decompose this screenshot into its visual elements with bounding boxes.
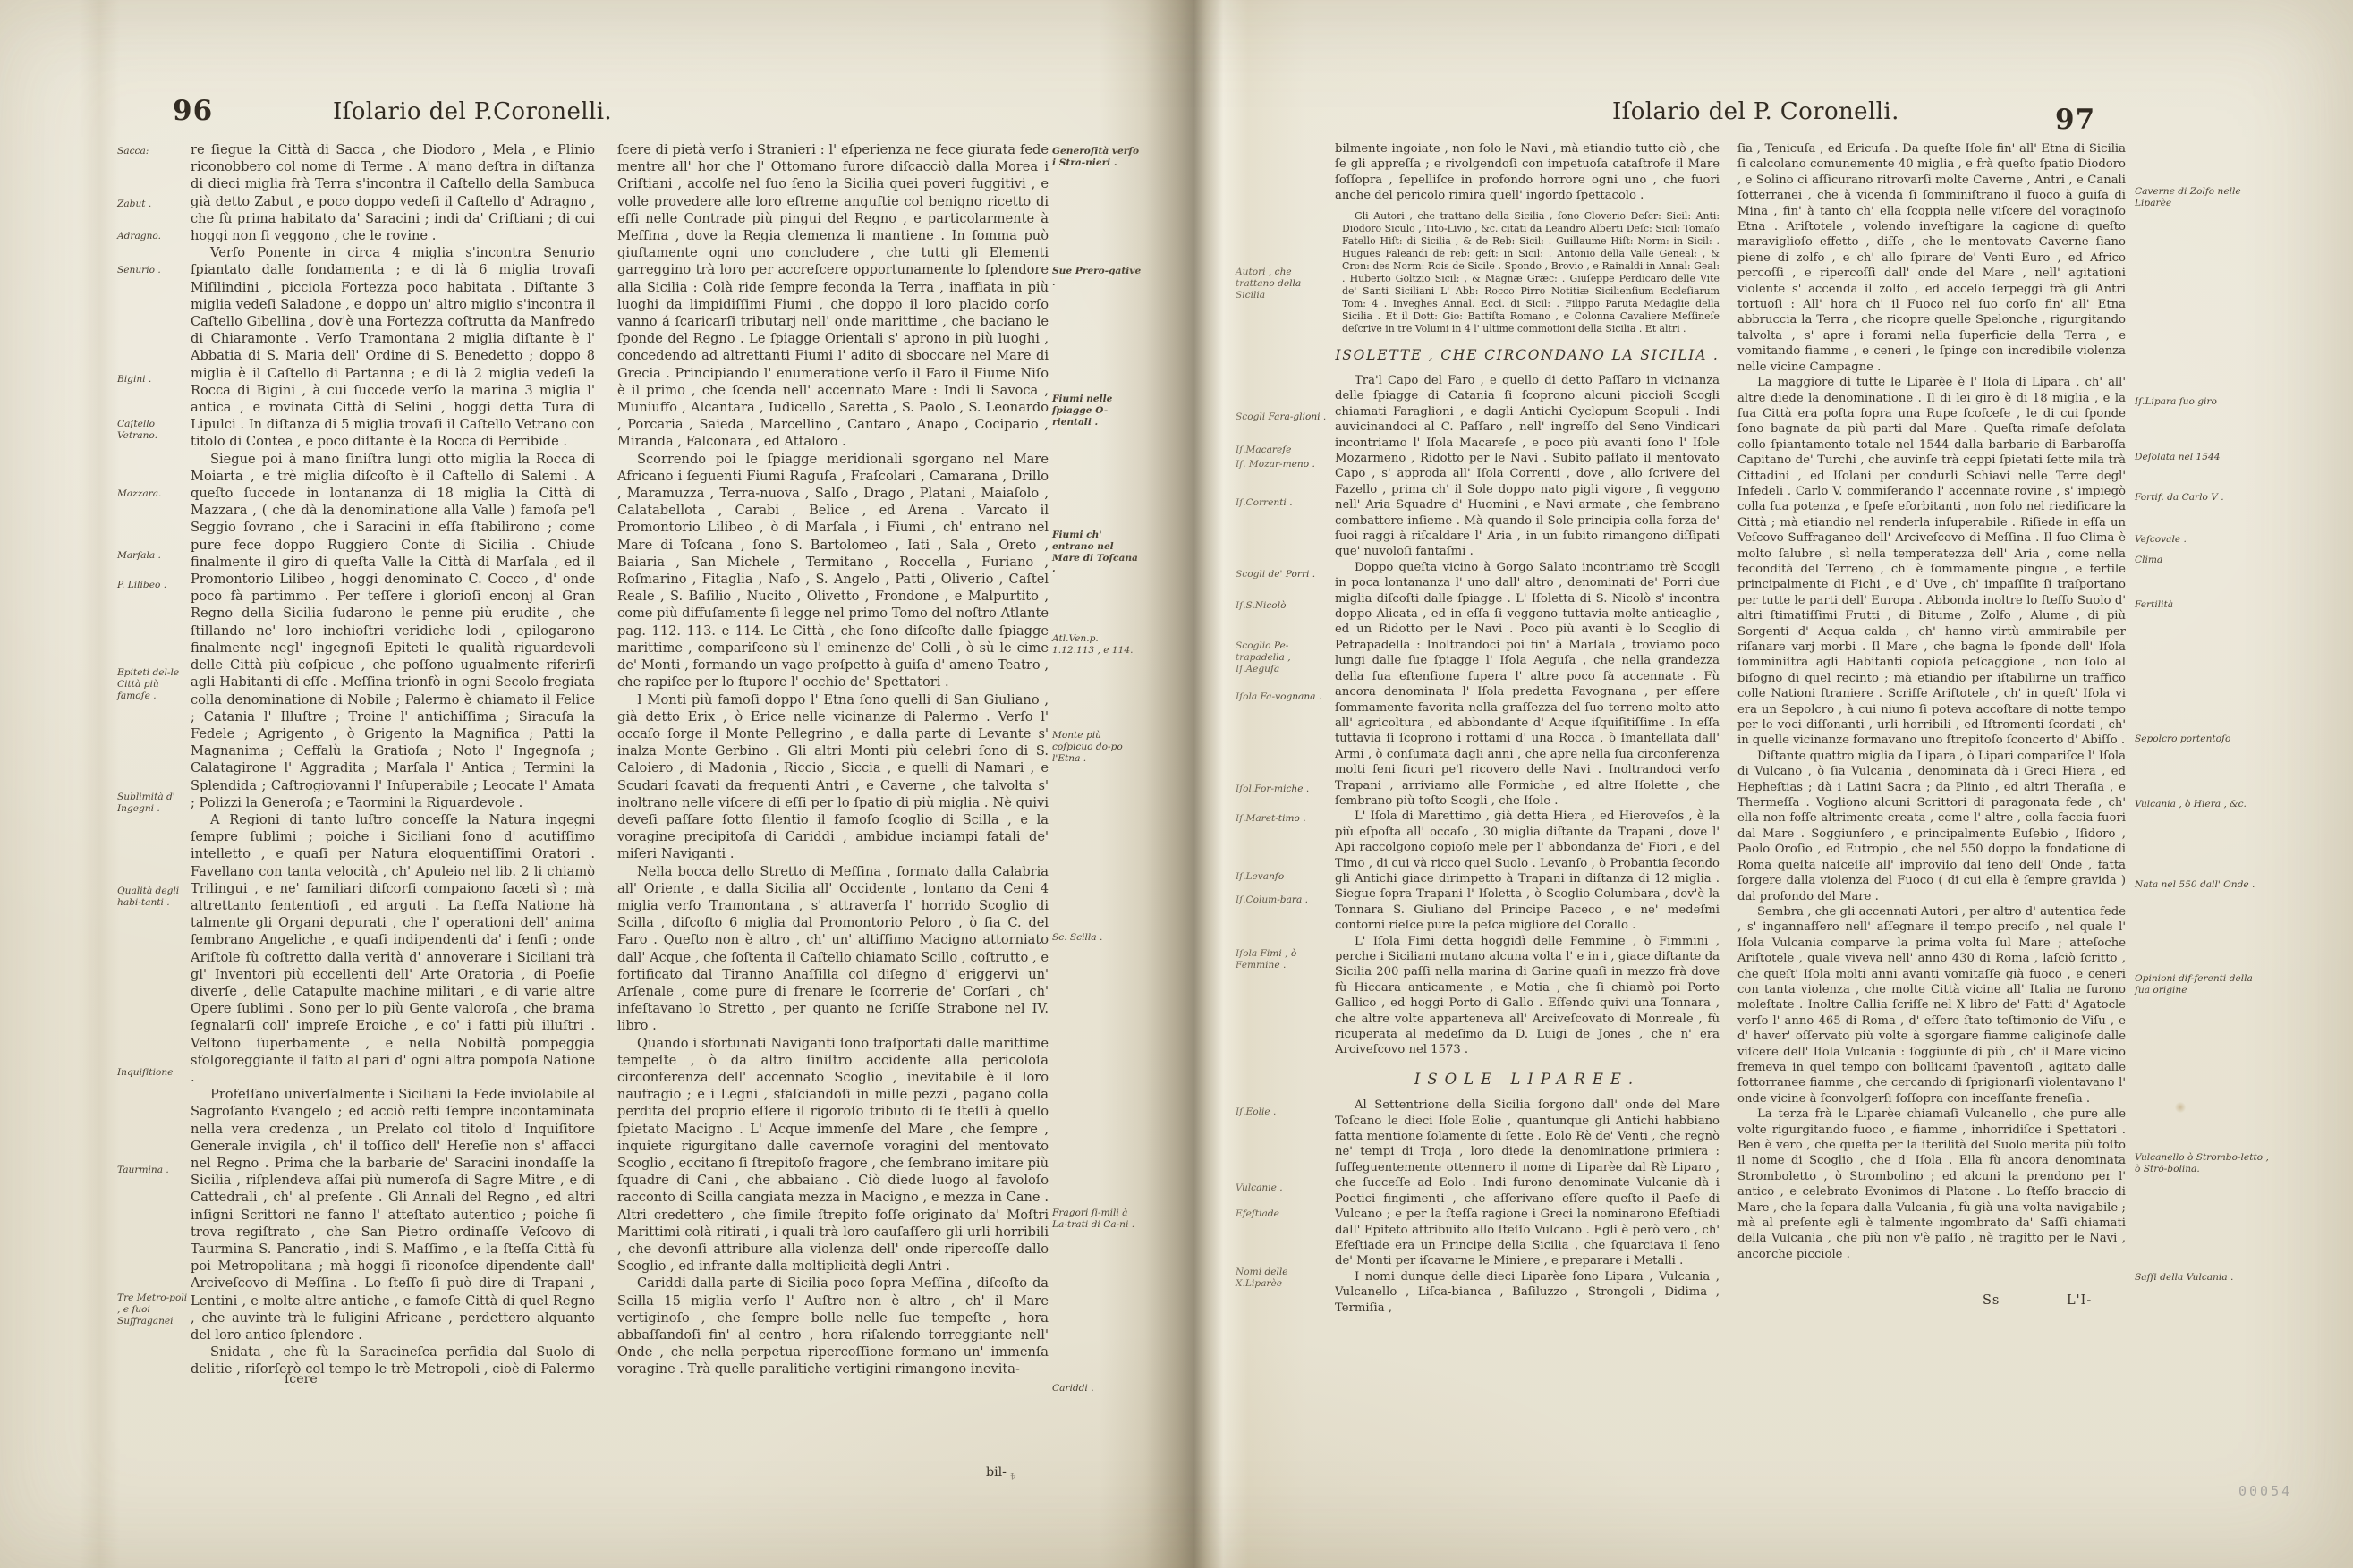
margin-note: Taurmina .: [117, 1165, 189, 1176]
paragraph: La maggiore di tutte le Liparèe è l' Iſo…: [1737, 375, 2126, 749]
paragraph: A Regioni di tanto luſtro conceſſe la Na…: [191, 811, 595, 1086]
margin-note: Sacca:: [117, 146, 189, 157]
right-page-column-1: bilmente ingoiate , non ſolo le Navi , m…: [1335, 141, 1720, 1320]
press-figure: 4: [1010, 1471, 1015, 1480]
margin-note: Adragno.: [117, 231, 189, 242]
margin-note: Atl.Ven.p. 1.12.113 , e 114.: [1052, 633, 1142, 657]
margin-note: Monte più coſpicuo do-po l'Etna .: [1052, 730, 1142, 764]
paragraph: ISOLETTE , CHE CIRCONDANO LA SICILIA .: [1335, 348, 1720, 363]
margin-note: Fortif. da Carlo V .: [2135, 492, 2271, 504]
paragraph: L' Iſola Fimi detta hoggidì delle Femmin…: [1335, 934, 1720, 1058]
page-gutter: [1099, 0, 1306, 1568]
margin-note: Iſ.Lipara ſuo giro: [2135, 396, 2271, 408]
margin-note: Scogli de' Porri .: [1236, 569, 1329, 581]
margin-note: Iſ.Colum-bara .: [1236, 894, 1329, 906]
margin-note: Mazzara.: [117, 488, 189, 500]
inventory-stamp: 00054: [2238, 1483, 2292, 1499]
paragraph: Verſo Ponente in circa 4 miglia s'incont…: [191, 244, 595, 450]
paragraph: Profeſſano univerſalmente i Siciliani la…: [191, 1086, 595, 1343]
margin-note: Epiteti del-le Città più famoſe .: [117, 667, 189, 701]
margin-note: Autori , che trattano della Sicilia: [1236, 267, 1329, 301]
book-spread: 96 Iſolario del P.Coronelli. Iſolario de…: [0, 0, 2353, 1568]
margin-note: Fertilità: [2135, 599, 2271, 611]
margin-note: Iſol.For-miche .: [1236, 784, 1329, 795]
paragraph: re ſiegue la Città di Sacca , che Diodor…: [191, 141, 595, 244]
margin-note: Efeſtiade: [1236, 1208, 1329, 1220]
margin-note: Marſala .: [117, 550, 189, 562]
margin-note: Fragori ſi-mili à La-trati di Ca-ni .: [1052, 1208, 1142, 1231]
margin-note: Deſolata nel 1544: [2135, 452, 2271, 463]
running-title-left: Iſolario del P.Coronelli.: [333, 98, 612, 125]
margin-note: Inquiſitione: [117, 1067, 189, 1079]
paragraph: L' Iſola di Marettimo , già detta Hiera …: [1335, 809, 1720, 933]
margin-note: Zabut .: [117, 199, 189, 210]
paragraph: Siegue poi à mano ſiniſtra lungi otto mi…: [191, 451, 595, 811]
margin-note: Fiumi nelle ſpiagge O-rientali .: [1052, 394, 1142, 428]
catchword-right-page: L'I-: [2067, 1293, 2092, 1308]
margin-note: Opinioni dif-ferenti della ſua origine: [2135, 973, 2271, 996]
margin-note: Senurio .: [117, 265, 189, 276]
paragraph: Al Settentrione della Sicilia ſorgono da…: [1335, 1098, 1720, 1268]
folio-number-left: 96: [173, 95, 213, 127]
margin-note: Bigini .: [117, 374, 189, 386]
margin-note: Iſ.Eolie .: [1236, 1106, 1329, 1118]
margin-note: Fiumi ch' entrano nel Mare di Toſcana .: [1052, 530, 1142, 575]
margin-note: Saſſi della Vulcania .: [2135, 1272, 2271, 1284]
paragraph: I Monti più famoſi doppo l' Etna ſono qu…: [617, 691, 1049, 863]
margin-note: Vulcania , ò Hiera , &c.: [2135, 799, 2271, 810]
margin-note: Scoglio Pe-trapadella , Iſ.Aeguſa: [1236, 640, 1329, 674]
paragraph: I nomi dunque delle dieci Liparèe ſono L…: [1335, 1269, 1720, 1316]
margin-note: Veſcovale .: [2135, 534, 2271, 546]
folio-number-right: 97: [2055, 104, 2095, 136]
margin-note: P. Lilibeo .: [117, 580, 189, 591]
margin-note: Iſ.Maret-timo .: [1236, 813, 1329, 825]
margin-note: Scogli Fara-glioni .: [1236, 411, 1329, 423]
paragraph: Snidata , che fù la Saracineſca perfidia…: [191, 1343, 595, 1377]
margin-note: Generoſità verſo i Stra-nieri .: [1052, 146, 1142, 169]
left-page-column-2: ſcere di pietà verſo i Stranieri : l' eſ…: [617, 141, 1049, 1483]
margin-note: Sepolcro portentoſo: [2135, 733, 2271, 745]
catchword-column2: bil-4: [986, 1465, 1015, 1479]
paragraph: Diſtante quattro miglia da Lipara , ò Li…: [1737, 749, 2126, 904]
margin-note: Iſ.Macareſe: [1236, 445, 1329, 456]
paragraph: bilmente ingoiate , non ſolo le Navi , m…: [1335, 141, 1720, 204]
paragraph: Doppo queſta vicino à Gorgo Salato incon…: [1335, 560, 1720, 809]
margin-note: Caverne di Zolfo nelle Liparèe: [2135, 186, 2271, 209]
margin-note: Sublimità d' Ingegni .: [117, 792, 189, 815]
running-title-right: Iſolario del P. Coronelli.: [1612, 98, 1899, 125]
margin-note: Nata nel 550 dall' Onde .: [2135, 879, 2271, 891]
paragraph: ISOLE LIPAREE.: [1335, 1072, 1720, 1087]
paragraph: Cariddi dalla parte di Sicilia poco ſopr…: [617, 1275, 1049, 1377]
paragraph: Nella bocca dello Stretto di Meſſina , f…: [617, 863, 1049, 1035]
margin-note: Iſola Fimi , ò Femmine .: [1236, 948, 1329, 971]
margin-note: Vulcanie .: [1236, 1182, 1329, 1194]
paragraph: Gli Autori , che trattano della Sicilia …: [1335, 210, 1720, 336]
catchword-column1: ſcere: [285, 1372, 318, 1386]
signature-mark: Ss: [1983, 1293, 2000, 1308]
margin-note: Iſ.Correnti .: [1236, 497, 1329, 509]
catchword-text: bil-: [986, 1465, 1007, 1479]
paragraph: ſia , Tenicuſa , ed Ericuſa . Da queſte …: [1737, 141, 2126, 375]
margin-note: Cariddi .: [1052, 1383, 1142, 1394]
margin-note: Clima: [2135, 555, 2271, 566]
margin-note: Nomi delle X.Liparèe: [1236, 1267, 1329, 1290]
margin-note: Tre Metro-poli , e ſuoi Suffraganei: [117, 1293, 189, 1326]
paragraph: Quando i sfortunati Naviganti ſono traſp…: [617, 1035, 1049, 1276]
margin-note: Iſ.S.Nicolò: [1236, 600, 1329, 612]
margin-note: Vulcanello ò Strombo-letto , ò Strō-boli…: [2135, 1152, 2271, 1175]
paragraph: Scorrendo poi le ſpiagge meridionali sgo…: [617, 451, 1049, 691]
paragraph: Tra'l Capo del Faro , e quello di detto …: [1335, 373, 1720, 560]
margin-note: Sc. Scilla .: [1052, 932, 1142, 944]
margin-note: Sue Prero-gative .: [1052, 266, 1142, 289]
left-page-column-1: re ſiegue la Città di Sacca , che Diodor…: [191, 141, 595, 1377]
margin-note: Iſ.Levanſo: [1236, 871, 1329, 883]
paragraph: ſcere di pietà verſo i Stranieri : l' eſ…: [617, 141, 1049, 451]
right-page-column-2: ſia , Tenicuſa , ed Ericuſa . Da queſte …: [1737, 141, 2126, 1291]
paragraph: Sembra , che gli accennati Autori , per …: [1737, 904, 2126, 1106]
margin-note: Caſtello Vetrano.: [117, 419, 189, 442]
margin-note: Qualità degli habi-tanti .: [117, 886, 189, 909]
margin-note: Iſola Fa-vognana .: [1236, 691, 1329, 703]
paragraph: La terza frà le Liparèe chiamaſi Vulcane…: [1737, 1106, 2126, 1262]
page-edge-left: [79, 0, 120, 1568]
margin-note: Iſ. Mozar-meno .: [1236, 459, 1329, 470]
